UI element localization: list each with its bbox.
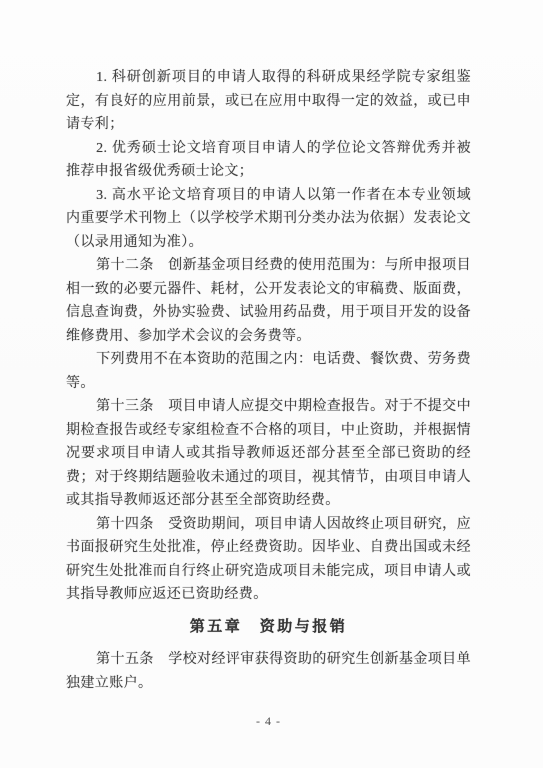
paragraph-article-14: 第十四条 受资助期间，项目申请人因故终止项目研究，应书面报研究生处批准，停止经费…: [66, 513, 471, 607]
paragraph-item-2: 2. 优秀硕士论文培育项目申请人的学位论文答辩优秀并被推荐申报省级优秀硕士论文；: [66, 137, 471, 184]
paragraph-item-3: 3. 高水平论文培育项目的申请人以第一作者在本专业领域内重要学术刊物上（以学校学…: [66, 184, 471, 255]
page-number: - 4 -: [66, 714, 471, 729]
paragraph-article-15: 第十五条 学校对经评审获得资助的研究生创新基金项目单独建立账户。: [66, 648, 471, 695]
paragraph-item-1: 1. 科研创新项目的申请人取得的科研成果经学院专家组鉴定，有良好的应用前景，或已…: [66, 66, 471, 137]
paragraph-article-13: 第十三条 项目申请人应提交中期检查报告。对于不提交中期检查报告或经专家组检查不合…: [66, 395, 471, 513]
paragraph-article-12: 第十二条 创新基金项目经费的使用范围为：与所申报项目相一致的必要元器件、耗材，公…: [66, 254, 471, 348]
page-content: 1. 科研创新项目的申请人取得的科研成果经学院专家组鉴定，有良好的应用前景，或已…: [66, 66, 471, 729]
chapter-heading: 第五章 资助与报销: [66, 616, 471, 640]
document-page: 1. 科研创新项目的申请人取得的科研成果经学院专家组鉴定，有良好的应用前景，或已…: [0, 0, 543, 768]
paragraph-excluded-fees: 下列费用不在本资助的范围之内：电话费、餐饮费、劳务费等。: [66, 348, 471, 395]
